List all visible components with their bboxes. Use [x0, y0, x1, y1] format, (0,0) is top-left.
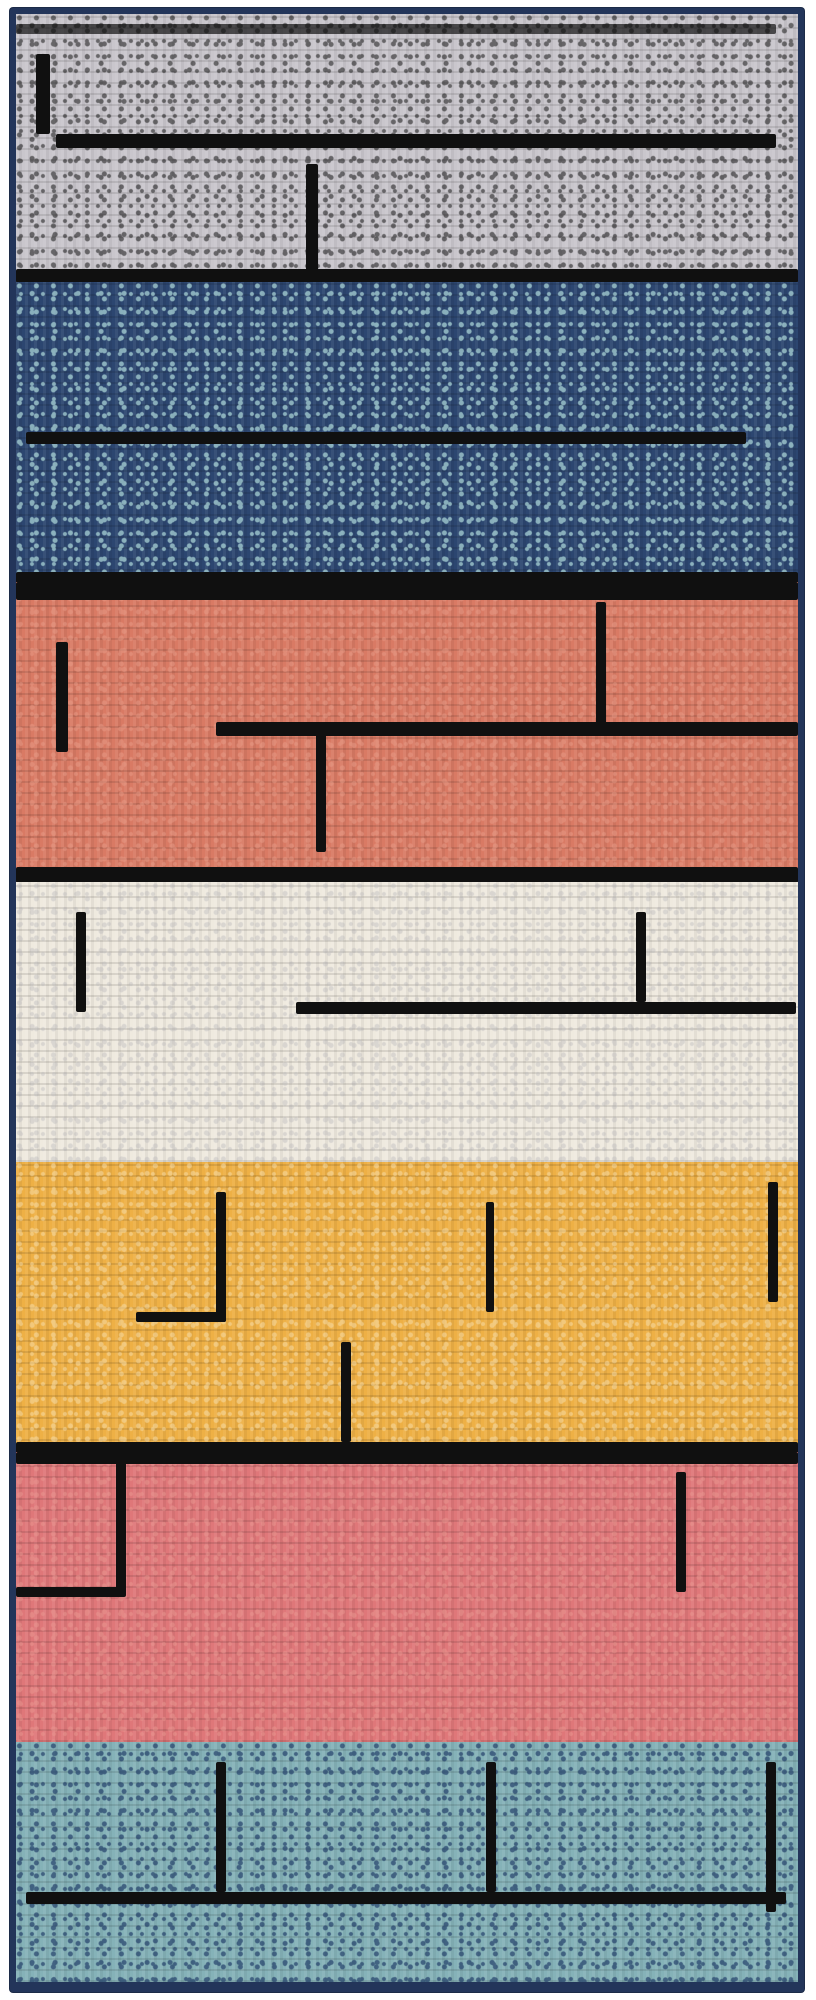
band-mustard [16, 1162, 798, 1452]
band-navy-aqua [16, 282, 798, 582]
band-terracotta [16, 582, 798, 882]
band-rose [16, 1452, 798, 1742]
band-cream [16, 882, 798, 1162]
band-grey-black [16, 14, 798, 282]
rug-photo [10, 8, 804, 1992]
band-teal-blue [16, 1742, 798, 1982]
